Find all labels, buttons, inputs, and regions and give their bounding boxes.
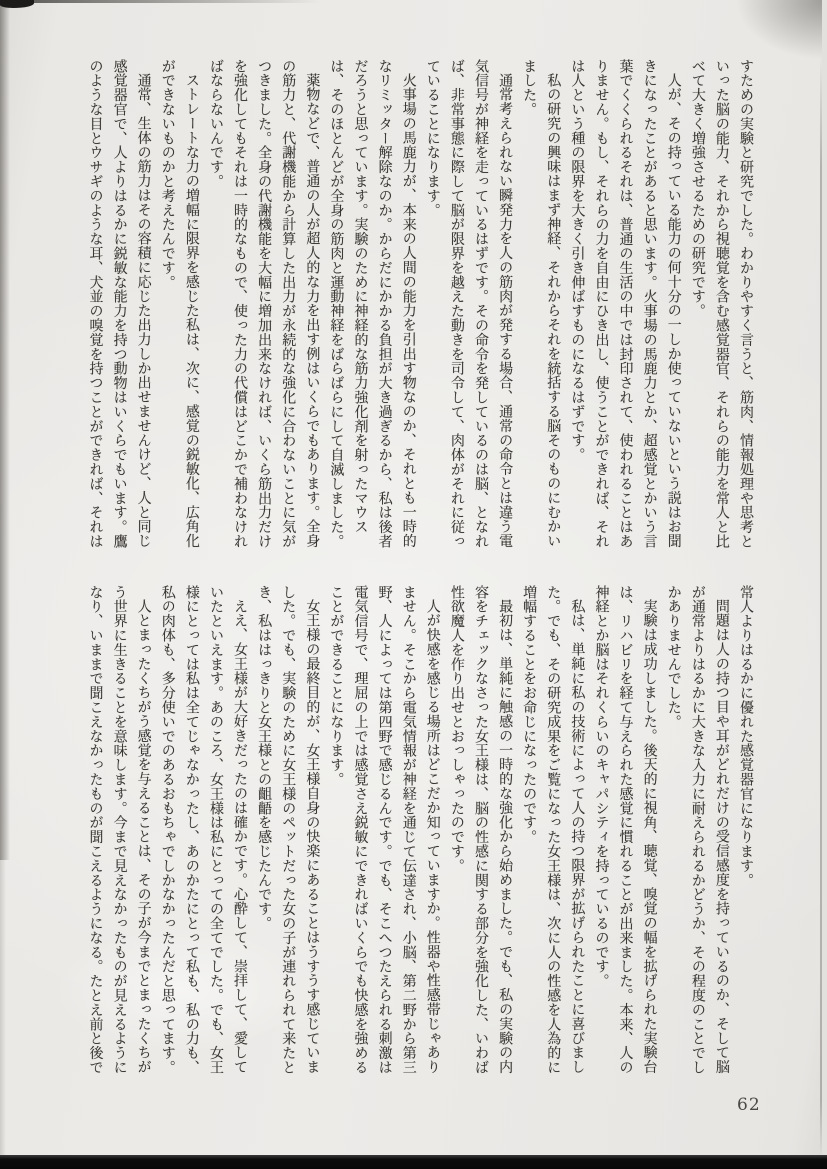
paragraph: 人とまったくちがう感覚を与えることは、その子が今までとまったくちがう世界に生きる… [83,585,155,1079]
paragraph: 通常考えられない瞬発力を人の筋肉が発する場合、通常の命令とは違う電気信号が神経を… [421,59,517,553]
paragraph: 火事場の馬鹿力が、本来の人間の能力を引出す物なのか、それとも一時的なリミッター解… [324,59,420,553]
upper-text-block: すための実験と研究でした。わかりやすく言うと、筋肉、情報処理や思考といった脳の能… [83,59,758,553]
paragraph: 私の研究の興味はまず神経、それからそれを統括する脳そのものにむかいました。 [517,59,565,553]
paragraph: 常人よりはるかに優れた感覚器官になります。 [734,585,758,1079]
scan-artifact-left-edge-shadow [0,0,10,860]
paragraph: 実験は成功しました。後天的に視角、聴覚、嗅覚の幅を拡げられた実験台は、リハビリを… [589,585,661,1079]
paragraph: 薬物などで、普通の人が超人的な力を出す例はいくらでもあります。全身の筋力と、代謝… [204,59,324,553]
paragraph: ストレートな力の増幅に限界を感じた私は、次に、感覚の鋭敏化、広角化ができないもの… [156,59,204,553]
scan-artifact-right-page-edge-line [820,55,822,1155]
paragraph: 問題は人の持つ目や耳がどれだけの受信感度を持っているのか、そして脳が通常よりはる… [662,585,734,1079]
paragraph: 私は、単純に私の技術によって人の持つ限界が拡げられたことに喜びました。でも、その… [517,585,589,1079]
page-number: 62 [737,1095,761,1115]
paragraph: すための実験と研究でした。わかりやすく言うと、筋肉、情報処理や思考といった脳の能… [686,59,758,553]
scan-artifact-top-left-blob [0,0,34,8]
paragraph: 人が、その持っている能力の何十分の一しか使っていないという説はお聞きになったこと… [565,59,685,553]
scanned-page: すための実験と研究でした。わかりやすく言うと、筋肉、情報処理や思考といった脳の能… [0,0,827,1169]
lower-text-block: 常人よりはるかに優れた感覚器官になります。 問題は人の持つ目や耳がどれだけの受信… [83,585,758,1079]
scan-artifact-right-paper-strip [822,0,827,1169]
scan-artifact-bottom-black-band [0,1155,827,1169]
paragraph: 通常、生体の筋力はその容積に応じた出力しか出せませんけど、人と同じ感覚器官で、人… [83,59,155,553]
paragraph: 女王様の最終目的が、女王様自身の快楽にあることはうすうす感じていました。でも、実… [252,585,324,1079]
paragraph: ええ、女王様が大好きだったのは確かです。心酔して、崇拝して、愛していたといえます… [156,585,252,1079]
scan-artifact-left-edge-shadow-lower [0,860,6,1156]
paragraph: 人が快感を感じる場所はどこだか知っていますか。性器や性感帯じゃありません。そこか… [324,585,444,1079]
paragraph: 最初は、単純に触感の一時的な強化から始めました。でも、私の実験の内容をチェックな… [445,585,517,1079]
scan-artifact-top-hairline [20,0,320,3]
